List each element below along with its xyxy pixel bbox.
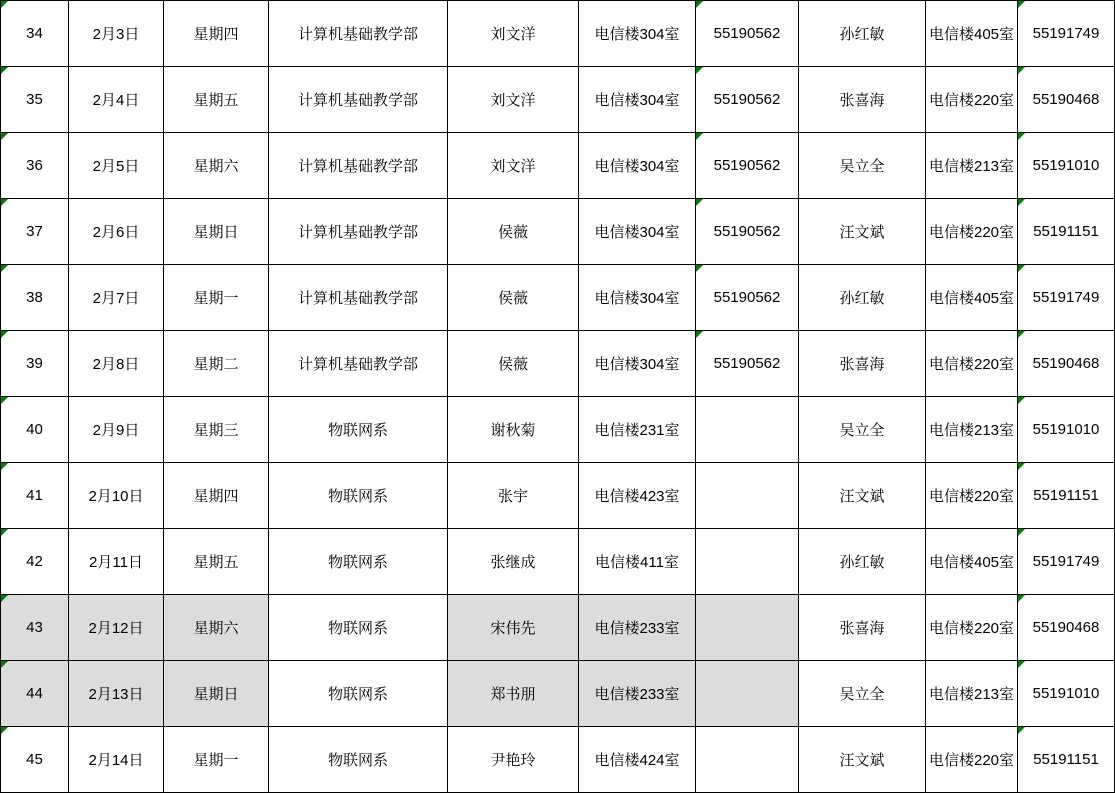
cell-text: 41 bbox=[26, 487, 43, 504]
table-row: 422月11日星期五物联网系张继成电信楼411室孙红敏电信楼405室551917… bbox=[1, 529, 1115, 595]
cell-room1[interactable]: 电信楼423室 bbox=[579, 463, 696, 529]
cell-text: 计算机基础教学部 bbox=[298, 158, 418, 175]
cell-weekday[interactable]: 星期一 bbox=[164, 727, 269, 793]
cell-weekday[interactable]: 星期日 bbox=[164, 199, 269, 265]
cell-phone2[interactable]: 55191749 bbox=[1018, 529, 1115, 595]
cell-text: 2月11日 bbox=[89, 554, 143, 571]
cell-name1[interactable]: 侯薇 bbox=[448, 331, 579, 397]
cell-dept[interactable]: 计算机基础教学部 bbox=[269, 1, 448, 67]
cell-text: 尹艳玲 bbox=[490, 752, 535, 769]
cell-date[interactable]: 2月14日 bbox=[69, 727, 164, 793]
cell-phone1[interactable] bbox=[696, 397, 799, 463]
cell-text: 物联网系 bbox=[328, 620, 388, 637]
cell-num[interactable]: 43 bbox=[1, 595, 69, 661]
cell-name2[interactable]: 张喜海 bbox=[799, 595, 926, 661]
cell-text: 55191749 bbox=[1033, 25, 1100, 42]
cell-room1[interactable]: 电信楼304室 bbox=[579, 1, 696, 67]
cell-phone2[interactable]: 55190468 bbox=[1018, 67, 1115, 133]
cell-num[interactable]: 35 bbox=[1, 67, 69, 133]
cell-phone2[interactable]: 55190468 bbox=[1018, 331, 1115, 397]
cell-error-flag-icon bbox=[1018, 133, 1025, 140]
cell-text: 侯薇 bbox=[498, 356, 528, 373]
cell-text: 刘文洋 bbox=[490, 92, 535, 109]
cell-room1[interactable]: 电信楼233室 bbox=[579, 661, 696, 727]
cell-text: 星期一 bbox=[193, 752, 238, 769]
cell-text: 55190562 bbox=[714, 355, 781, 372]
cell-text: 55191749 bbox=[1033, 289, 1100, 306]
cell-name1[interactable]: 刘文洋 bbox=[448, 67, 579, 133]
cell-date[interactable]: 2月3日 bbox=[69, 1, 164, 67]
cell-text: 星期四 bbox=[193, 488, 238, 505]
cell-phone1[interactable] bbox=[696, 595, 799, 661]
cell-weekday[interactable]: 星期三 bbox=[164, 397, 269, 463]
cell-phone2[interactable]: 55191010 bbox=[1018, 661, 1115, 727]
cell-text: 55190468 bbox=[1033, 355, 1100, 372]
cell-phone1[interactable] bbox=[696, 727, 799, 793]
cell-text: 电信楼423室 bbox=[594, 488, 679, 505]
cell-error-flag-icon bbox=[1, 595, 8, 602]
cell-text: 电信楼304室 bbox=[594, 92, 679, 109]
cell-error-flag-icon bbox=[1018, 199, 1025, 206]
cell-text: 电信楼213室 bbox=[929, 422, 1014, 439]
cell-text: 2月6日 bbox=[93, 224, 140, 241]
cell-text: 物联网系 bbox=[328, 488, 388, 505]
table-row: 432月12日星期六物联网系宋伟先电信楼233室张喜海电信楼220室551904… bbox=[1, 595, 1115, 661]
cell-text: 物联网系 bbox=[328, 554, 388, 571]
cell-room2[interactable]: 电信楼213室 bbox=[926, 133, 1018, 199]
cell-text: 物联网系 bbox=[328, 422, 388, 439]
cell-name1[interactable]: 郑书朋 bbox=[448, 661, 579, 727]
cell-dept[interactable]: 计算机基础教学部 bbox=[269, 199, 448, 265]
cell-room1[interactable]: 电信楼233室 bbox=[579, 595, 696, 661]
cell-dept[interactable]: 物联网系 bbox=[269, 595, 448, 661]
cell-room1[interactable]: 电信楼304室 bbox=[579, 133, 696, 199]
cell-num[interactable]: 45 bbox=[1, 727, 69, 793]
cell-text: 2月3日 bbox=[93, 26, 140, 43]
cell-name2[interactable]: 吴立全 bbox=[799, 397, 926, 463]
cell-text: 2月4日 bbox=[93, 92, 140, 109]
cell-text: 2月10日 bbox=[88, 488, 143, 505]
cell-room2[interactable]: 电信楼220室 bbox=[926, 331, 1018, 397]
cell-num[interactable]: 37 bbox=[1, 199, 69, 265]
cell-room1[interactable]: 电信楼424室 bbox=[579, 727, 696, 793]
cell-name2[interactable]: 汪文斌 bbox=[799, 463, 926, 529]
cell-error-flag-icon bbox=[1018, 265, 1025, 272]
cell-text: 55190468 bbox=[1033, 91, 1100, 108]
cell-text: 2月8日 bbox=[93, 356, 140, 373]
cell-dept[interactable]: 物联网系 bbox=[269, 397, 448, 463]
cell-weekday[interactable]: 星期六 bbox=[164, 595, 269, 661]
cell-date[interactable]: 2月8日 bbox=[69, 331, 164, 397]
cell-text: 计算机基础教学部 bbox=[298, 92, 418, 109]
cell-text: 电信楼220室 bbox=[929, 620, 1014, 637]
cell-room2[interactable]: 电信楼405室 bbox=[926, 265, 1018, 331]
cell-text: 2月14日 bbox=[88, 752, 143, 769]
cell-dept[interactable]: 计算机基础教学部 bbox=[269, 133, 448, 199]
cell-text: 电信楼304室 bbox=[594, 290, 679, 307]
cell-text: 45 bbox=[26, 751, 43, 768]
cell-text: 星期日 bbox=[193, 224, 238, 241]
cell-text: 电信楼220室 bbox=[929, 488, 1014, 505]
cell-num[interactable]: 34 bbox=[1, 1, 69, 67]
cell-room2[interactable]: 电信楼213室 bbox=[926, 661, 1018, 727]
cell-text: 电信楼405室 bbox=[929, 26, 1014, 43]
cell-text: 55190562 bbox=[714, 289, 781, 306]
cell-room2[interactable]: 电信楼220室 bbox=[926, 727, 1018, 793]
cell-room1[interactable]: 电信楼231室 bbox=[579, 397, 696, 463]
table-row: 362月5日星期六计算机基础教学部刘文洋电信楼304室55190562吴立全电信… bbox=[1, 133, 1115, 199]
table-row: 352月4日星期五计算机基础教学部刘文洋电信楼304室55190562张喜海电信… bbox=[1, 67, 1115, 133]
spreadsheet-grid-area: 342月3日星期四计算机基础教学部刘文洋电信楼304室55190562孙红敏电信… bbox=[0, 0, 1115, 793]
cell-name1[interactable]: 张宇 bbox=[448, 463, 579, 529]
cell-phone2[interactable]: 55191151 bbox=[1018, 463, 1115, 529]
cell-error-flag-icon bbox=[1, 1, 8, 8]
cell-date[interactable]: 2月5日 bbox=[69, 133, 164, 199]
cell-date[interactable]: 2月7日 bbox=[69, 265, 164, 331]
cell-room1[interactable]: 电信楼304室 bbox=[579, 199, 696, 265]
cell-text: 吴立全 bbox=[839, 422, 884, 439]
cell-room2[interactable]: 电信楼220室 bbox=[926, 595, 1018, 661]
cell-error-flag-icon bbox=[1018, 595, 1025, 602]
cell-text: 34 bbox=[26, 25, 43, 42]
cell-name2[interactable]: 张喜海 bbox=[799, 67, 926, 133]
cell-text: 吴立全 bbox=[839, 686, 884, 703]
table-row: 402月9日星期三物联网系谢秋菊电信楼231室吴立全电信楼213室5519101… bbox=[1, 397, 1115, 463]
cell-text: 电信楼304室 bbox=[594, 224, 679, 241]
cell-error-flag-icon bbox=[1018, 727, 1025, 734]
cell-text: 星期六 bbox=[193, 158, 238, 175]
cell-text: 物联网系 bbox=[328, 752, 388, 769]
cell-name1[interactable]: 侯薇 bbox=[448, 199, 579, 265]
cell-text: 孙红敏 bbox=[839, 554, 884, 571]
cell-error-flag-icon bbox=[1, 727, 8, 734]
cell-weekday[interactable]: 星期五 bbox=[164, 67, 269, 133]
cell-phone2[interactable]: 55191151 bbox=[1018, 727, 1115, 793]
cell-text: 55190562 bbox=[714, 91, 781, 108]
cell-error-flag-icon bbox=[1, 199, 8, 206]
cell-phone1[interactable]: 55190562 bbox=[696, 331, 799, 397]
cell-text: 2月7日 bbox=[93, 290, 140, 307]
cell-error-flag-icon bbox=[1, 67, 8, 74]
cell-text: 汪文斌 bbox=[839, 752, 884, 769]
cell-text: 星期四 bbox=[193, 26, 238, 43]
cell-text: 2月13日 bbox=[88, 686, 143, 703]
cell-text: 55190562 bbox=[714, 25, 781, 42]
cell-text: 39 bbox=[26, 355, 43, 372]
cell-weekday[interactable]: 星期四 bbox=[164, 463, 269, 529]
table-row: 452月14日星期一物联网系尹艳玲电信楼424室汪文斌电信楼220室551911… bbox=[1, 727, 1115, 793]
cell-room2[interactable]: 电信楼405室 bbox=[926, 1, 1018, 67]
cell-name2[interactable]: 汪文斌 bbox=[799, 727, 926, 793]
cell-text: 2月12日 bbox=[88, 620, 143, 637]
cell-name1[interactable]: 谢秋菊 bbox=[448, 397, 579, 463]
cell-text: 电信楼424室 bbox=[594, 752, 679, 769]
cell-name1[interactable]: 侯薇 bbox=[448, 265, 579, 331]
cell-room1[interactable]: 电信楼411室 bbox=[579, 529, 696, 595]
cell-text: 侯薇 bbox=[498, 224, 528, 241]
duty-schedule-table-body: 342月3日星期四计算机基础教学部刘文洋电信楼304室55190562孙红敏电信… bbox=[1, 1, 1115, 793]
cell-text: 张继成 bbox=[490, 554, 535, 571]
cell-text: 电信楼411室 bbox=[595, 554, 679, 571]
table-row: 382月7日星期一计算机基础教学部侯薇电信楼304室55190562孙红敏电信楼… bbox=[1, 265, 1115, 331]
cell-error-flag-icon bbox=[696, 265, 703, 272]
cell-room2[interactable]: 电信楼220室 bbox=[926, 67, 1018, 133]
cell-text: 电信楼220室 bbox=[929, 92, 1014, 109]
cell-name1[interactable]: 宋伟先 bbox=[448, 595, 579, 661]
cell-dept[interactable]: 计算机基础教学部 bbox=[269, 67, 448, 133]
cell-text: 物联网系 bbox=[328, 686, 388, 703]
cell-text: 电信楼220室 bbox=[929, 752, 1014, 769]
table-row: 392月8日星期二计算机基础教学部侯薇电信楼304室55190562张喜海电信楼… bbox=[1, 331, 1115, 397]
cell-room2[interactable]: 电信楼405室 bbox=[926, 529, 1018, 595]
cell-text: 37 bbox=[26, 223, 43, 240]
cell-dept[interactable]: 物联网系 bbox=[269, 463, 448, 529]
cell-text: 42 bbox=[26, 553, 43, 570]
cell-phone1[interactable]: 55190562 bbox=[696, 199, 799, 265]
cell-text: 汪文斌 bbox=[839, 488, 884, 505]
cell-text: 40 bbox=[26, 421, 43, 438]
cell-dept[interactable]: 物联网系 bbox=[269, 661, 448, 727]
cell-text: 55191010 bbox=[1033, 685, 1100, 702]
cell-text: 吴立全 bbox=[839, 158, 884, 175]
cell-date[interactable]: 2月4日 bbox=[69, 67, 164, 133]
cell-error-flag-icon bbox=[1018, 1, 1025, 8]
cell-text: 谢秋菊 bbox=[490, 422, 535, 439]
cell-num[interactable]: 40 bbox=[1, 397, 69, 463]
cell-text: 电信楼405室 bbox=[929, 290, 1014, 307]
cell-text: 55191749 bbox=[1033, 553, 1100, 570]
cell-error-flag-icon bbox=[1, 133, 8, 140]
cell-text: 星期五 bbox=[193, 92, 238, 109]
cell-error-flag-icon bbox=[1018, 463, 1025, 470]
cell-text: 星期二 bbox=[193, 356, 238, 373]
cell-text: 张喜海 bbox=[839, 356, 884, 373]
cell-phone1[interactable] bbox=[696, 463, 799, 529]
cell-text: 电信楼233室 bbox=[594, 620, 679, 637]
cell-date[interactable]: 2月12日 bbox=[69, 595, 164, 661]
cell-text: 电信楼220室 bbox=[929, 224, 1014, 241]
cell-error-flag-icon bbox=[1, 397, 8, 404]
cell-text: 星期三 bbox=[193, 422, 238, 439]
cell-text: 电信楼304室 bbox=[594, 26, 679, 43]
cell-text: 55191151 bbox=[1033, 223, 1099, 240]
cell-text: 孙红敏 bbox=[839, 26, 884, 43]
cell-name2[interactable]: 孙红敏 bbox=[799, 1, 926, 67]
cell-name1[interactable]: 尹艳玲 bbox=[448, 727, 579, 793]
cell-phone1[interactable] bbox=[696, 661, 799, 727]
cell-date[interactable]: 2月11日 bbox=[69, 529, 164, 595]
cell-error-flag-icon bbox=[1018, 661, 1025, 668]
cell-text: 计算机基础教学部 bbox=[298, 356, 418, 373]
table-row: 412月10日星期四物联网系张宇电信楼423室汪文斌电信楼220室5519115… bbox=[1, 463, 1115, 529]
cell-text: 刘文洋 bbox=[490, 158, 535, 175]
cell-text: 35 bbox=[26, 91, 43, 108]
cell-phone2[interactable]: 55191010 bbox=[1018, 133, 1115, 199]
cell-name2[interactable]: 孙红敏 bbox=[799, 265, 926, 331]
cell-text: 电信楼233室 bbox=[594, 686, 679, 703]
cell-name1[interactable]: 张继成 bbox=[448, 529, 579, 595]
cell-num[interactable]: 42 bbox=[1, 529, 69, 595]
cell-name2[interactable]: 吴立全 bbox=[799, 133, 926, 199]
cell-phone1[interactable] bbox=[696, 529, 799, 595]
cell-phone2[interactable]: 55191749 bbox=[1018, 1, 1115, 67]
cell-weekday[interactable]: 星期日 bbox=[164, 661, 269, 727]
cell-text: 55190468 bbox=[1033, 619, 1100, 636]
cell-dept[interactable]: 物联网系 bbox=[269, 727, 448, 793]
cell-error-flag-icon bbox=[1018, 67, 1025, 74]
cell-weekday[interactable]: 星期一 bbox=[164, 265, 269, 331]
cell-phone1[interactable]: 55190562 bbox=[696, 67, 799, 133]
cell-text: 55191151 bbox=[1033, 487, 1099, 504]
cell-num[interactable]: 44 bbox=[1, 661, 69, 727]
cell-error-flag-icon bbox=[1018, 529, 1025, 536]
cell-num[interactable]: 39 bbox=[1, 331, 69, 397]
cell-dept[interactable]: 计算机基础教学部 bbox=[269, 331, 448, 397]
cell-weekday[interactable]: 星期五 bbox=[164, 529, 269, 595]
cell-phone1[interactable]: 55190562 bbox=[696, 133, 799, 199]
cell-num[interactable]: 38 bbox=[1, 265, 69, 331]
cell-text: 星期日 bbox=[193, 686, 238, 703]
cell-text: 郑书朋 bbox=[490, 686, 535, 703]
cell-error-flag-icon bbox=[1018, 397, 1025, 404]
cell-text: 44 bbox=[26, 685, 43, 702]
cell-text: 刘文洋 bbox=[490, 26, 535, 43]
cell-room1[interactable]: 电信楼304室 bbox=[579, 67, 696, 133]
table-row: 442月13日星期日物联网系郑书朋电信楼233室吴立全电信楼213室551910… bbox=[1, 661, 1115, 727]
cell-date[interactable]: 2月10日 bbox=[69, 463, 164, 529]
cell-text: 星期五 bbox=[193, 554, 238, 571]
cell-text: 电信楼213室 bbox=[929, 686, 1014, 703]
cell-error-flag-icon bbox=[696, 67, 703, 74]
cell-date[interactable]: 2月13日 bbox=[69, 661, 164, 727]
cell-text: 星期一 bbox=[193, 290, 238, 307]
cell-weekday[interactable]: 星期四 bbox=[164, 1, 269, 67]
cell-text: 55190562 bbox=[714, 223, 781, 240]
cell-text: 43 bbox=[26, 619, 43, 636]
table-row: 342月3日星期四计算机基础教学部刘文洋电信楼304室55190562孙红敏电信… bbox=[1, 1, 1115, 67]
cell-phone1[interactable]: 55190562 bbox=[696, 1, 799, 67]
cell-dept[interactable]: 计算机基础教学部 bbox=[269, 265, 448, 331]
cell-phone2[interactable]: 55191749 bbox=[1018, 265, 1115, 331]
cell-phone2[interactable]: 55190468 bbox=[1018, 595, 1115, 661]
cell-name1[interactable]: 刘文洋 bbox=[448, 133, 579, 199]
cell-text: 计算机基础教学部 bbox=[298, 224, 418, 241]
cell-text: 张喜海 bbox=[839, 620, 884, 637]
cell-error-flag-icon bbox=[1, 265, 8, 272]
cell-text: 36 bbox=[26, 157, 43, 174]
duty-schedule-table: 342月3日星期四计算机基础教学部刘文洋电信楼304室55190562孙红敏电信… bbox=[0, 0, 1115, 793]
cell-error-flag-icon bbox=[1, 661, 8, 668]
cell-weekday[interactable]: 星期六 bbox=[164, 133, 269, 199]
cell-date[interactable]: 2月6日 bbox=[69, 199, 164, 265]
cell-text: 电信楼304室 bbox=[594, 158, 679, 175]
cell-error-flag-icon bbox=[1, 463, 8, 470]
cell-text: 侯薇 bbox=[498, 290, 528, 307]
cell-text: 张喜海 bbox=[839, 92, 884, 109]
cell-room1[interactable]: 电信楼304室 bbox=[579, 265, 696, 331]
cell-error-flag-icon bbox=[696, 133, 703, 140]
cell-text: 计算机基础教学部 bbox=[298, 290, 418, 307]
cell-text: 55191010 bbox=[1033, 157, 1100, 174]
cell-text: 汪文斌 bbox=[839, 224, 884, 241]
cell-text: 电信楼220室 bbox=[929, 356, 1014, 373]
cell-text: 55191151 bbox=[1033, 751, 1099, 768]
cell-room2[interactable]: 电信楼220室 bbox=[926, 463, 1018, 529]
cell-text: 张宇 bbox=[498, 488, 528, 505]
cell-room2[interactable]: 电信楼220室 bbox=[926, 199, 1018, 265]
cell-error-flag-icon bbox=[696, 1, 703, 8]
cell-text: 电信楼213室 bbox=[929, 158, 1014, 175]
cell-name2[interactable]: 汪文斌 bbox=[799, 199, 926, 265]
cell-text: 55191010 bbox=[1033, 421, 1100, 438]
cell-room2[interactable]: 电信楼213室 bbox=[926, 397, 1018, 463]
cell-weekday[interactable]: 星期二 bbox=[164, 331, 269, 397]
cell-date[interactable]: 2月9日 bbox=[69, 397, 164, 463]
cell-dept[interactable]: 物联网系 bbox=[269, 529, 448, 595]
cell-phone2[interactable]: 55191151 bbox=[1018, 199, 1115, 265]
cell-error-flag-icon bbox=[1, 529, 8, 536]
cell-error-flag-icon bbox=[696, 331, 703, 338]
cell-text: 55190562 bbox=[714, 157, 781, 174]
cell-name2[interactable]: 张喜海 bbox=[799, 331, 926, 397]
cell-error-flag-icon bbox=[696, 199, 703, 206]
cell-text: 孙红敏 bbox=[839, 290, 884, 307]
cell-name2[interactable]: 吴立全 bbox=[799, 661, 926, 727]
cell-phone2[interactable]: 55191010 bbox=[1018, 397, 1115, 463]
cell-text: 星期六 bbox=[193, 620, 238, 637]
cell-text: 宋伟先 bbox=[490, 620, 535, 637]
cell-text: 电信楼304室 bbox=[594, 356, 679, 373]
cell-error-flag-icon bbox=[1018, 331, 1025, 338]
cell-text: 电信楼231室 bbox=[594, 422, 679, 439]
cell-text: 电信楼405室 bbox=[929, 554, 1014, 571]
cell-text: 2月9日 bbox=[93, 422, 140, 439]
cell-name1[interactable]: 刘文洋 bbox=[448, 1, 579, 67]
cell-text: 计算机基础教学部 bbox=[298, 26, 418, 43]
cell-text: 38 bbox=[26, 289, 43, 306]
cell-phone1[interactable]: 55190562 bbox=[696, 265, 799, 331]
cell-num[interactable]: 36 bbox=[1, 133, 69, 199]
cell-num[interactable]: 41 bbox=[1, 463, 69, 529]
cell-error-flag-icon bbox=[1, 331, 8, 338]
cell-name2[interactable]: 孙红敏 bbox=[799, 529, 926, 595]
cell-room1[interactable]: 电信楼304室 bbox=[579, 331, 696, 397]
cell-text: 2月5日 bbox=[93, 158, 140, 175]
table-row: 372月6日星期日计算机基础教学部侯薇电信楼304室55190562汪文斌电信楼… bbox=[1, 199, 1115, 265]
